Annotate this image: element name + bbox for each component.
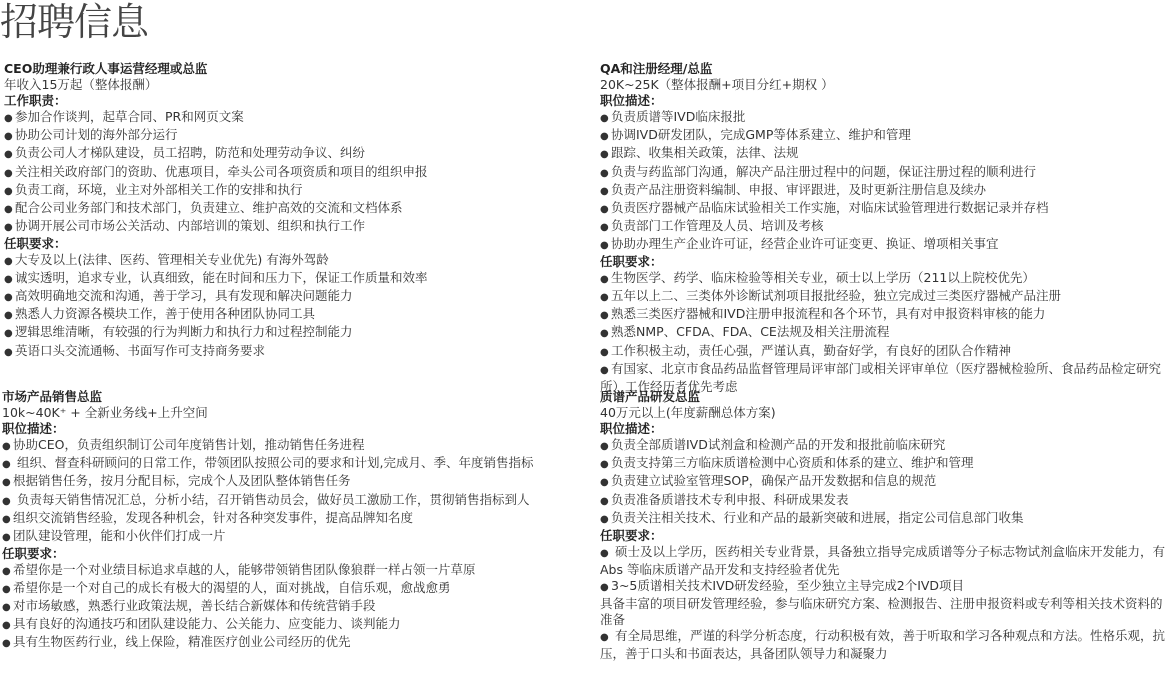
job-title: 市场产品销售总监	[2, 389, 577, 405]
bullet-icon: ●	[4, 220, 15, 236]
list-item: ●负责准备质谱技术专利申报、科研成果发表	[600, 492, 1165, 510]
list-item: ●五年以上二、三类体外诊断试剂项目报批经验，独立完成过三类医疗器械产品注册	[600, 288, 1170, 306]
bullet-icon: ●	[4, 129, 15, 145]
bullet-icon: ●	[600, 326, 611, 342]
bullet-icon: ●	[4, 290, 15, 306]
bullet-icon: ●	[4, 272, 15, 288]
list-item: ●希望你是一个对业绩目标追求卓越的人，能够带领销售团队像狼群一样占领一片草原	[2, 562, 577, 580]
bullet-icon: ●	[2, 512, 13, 528]
bullet-icon: ●	[4, 254, 15, 270]
bullet-icon: ●	[2, 530, 13, 546]
bullet-icon: ●	[600, 111, 611, 127]
list-item: ●协调开展公司市场公关活动、内部培训的策划、组织和执行工作	[4, 218, 584, 236]
bullet-icon: ●	[600, 220, 611, 236]
list-item: ●负责全部质谱IVD试剂盒和检测产品的开发和报批前临床研究	[600, 437, 1165, 455]
job-posting-qa-registration: QA和注册经理/总监 20K~25K（整体报酬+项目分红+期权 ） 职位描述： …	[600, 61, 1170, 395]
list-item: 具备丰富的项目研发管理经验，参与临床研究方案、检测报告、注册申报资料或专利等相关…	[600, 596, 1165, 628]
list-item: ●希望你是一个对自己的成长有极大的渴望的人，面对挑战，自信乐观，愈战愈勇	[2, 580, 577, 598]
bullet-icon: ●	[600, 494, 611, 510]
list-item: ● 负责每天销售情况汇总，分析小结，召开销售动员会，做好员工激励工作，贯彻销售指…	[2, 492, 577, 510]
bullet-icon: ●	[600, 546, 611, 562]
requirements-list: ● 硕士及以上学历，医药相关专业背景，具备独立指导完成质谱等分子标志物试剂盒临床…	[600, 544, 1165, 663]
job-posting-sales-director: 市场产品销售总监 10k~40K⁺ + 全新业务线+上升空间 职位描述： ●协助…	[2, 389, 577, 652]
bullet-icon: ●	[2, 618, 13, 634]
duties-heading: 职位描述：	[600, 421, 1165, 437]
list-item: ●负责产品注册资料编制、申报、审评跟进，及时更新注册信息及续办	[600, 182, 1170, 200]
bullet-icon: ●	[2, 564, 13, 580]
bullet-icon: ●	[2, 457, 13, 473]
bullet-icon: ●	[4, 308, 15, 324]
list-item: ●协调IVD研发团队，完成GMP等体系建立、维护和管理	[600, 127, 1170, 145]
list-item: ●诚实透明，追求专业，认真细致，能在时间和压力下，保证工作质量和效率	[4, 270, 584, 288]
job-posting-ceo-assistant: CEO助理兼行政人事运营经理或总监 年收入15万起（整体报酬） 工作职责： ●参…	[4, 61, 584, 361]
duties-list: ●负责质谱等IVD临床报批 ●协调IVD研发团队，完成GMP等体系建立、维护和管…	[600, 109, 1170, 254]
list-item: ● 组织、督查科研顾问的日常工作，带领团队按照公司的要求和计划,完成月、季、年度…	[2, 455, 577, 473]
list-item: ●关注相关政府部门的资助、优惠项目，牵头公司各项资质和项目的组织申报	[4, 164, 584, 182]
bullet-icon: ●	[4, 326, 15, 342]
job-title: CEO助理兼行政人事运营经理或总监	[4, 61, 584, 77]
bullet-icon: ●	[4, 184, 15, 200]
bullet-icon: ●	[600, 202, 611, 218]
bullet-icon: ●	[600, 272, 611, 288]
bullet-icon: ●	[2, 582, 13, 598]
job-salary: 20K~25K（整体报酬+项目分红+期权 ）	[600, 77, 1170, 93]
list-item: ●参加合作谈判，起草合同、PR和网页文案	[4, 109, 584, 127]
bullet-icon: ●	[2, 439, 13, 455]
bullet-icon: ●	[4, 166, 15, 182]
list-item: ●配合公司业务部门和技术部门，负责建立、维护高效的交流和文档体系	[4, 200, 584, 218]
bullet-icon: ●	[600, 129, 611, 145]
bullet-icon: ●	[600, 457, 611, 473]
bullet-icon: ●	[600, 512, 611, 528]
bullet-icon: ●	[4, 111, 15, 127]
list-item: ●协助CEO，负责组织制订公司年度销售计划，推动销售任务进程	[2, 437, 577, 455]
bullet-icon: ●	[4, 147, 15, 163]
list-item: ●具有生物医药行业，线上保险，精准医疗创业公司经历的优先	[2, 634, 577, 652]
list-item: ●负责工商，环境，业主对外部相关工作的安排和执行	[4, 182, 584, 200]
bullet-icon: ●	[2, 636, 13, 652]
bullet-icon: ●	[600, 184, 611, 200]
list-item: ●熟悉人力资源各模块工作，善于使用各种团队协同工具	[4, 306, 584, 324]
requirements-heading: 任职要求：	[2, 546, 577, 562]
list-item: ●负责与药监部门沟通，解决产品注册过程中的问题，保证注册过程的顺利进行	[600, 164, 1170, 182]
list-item: ●英语口头交流通畅、书面写作可支持商务要求	[4, 343, 584, 361]
requirements-list: ●大专及以上(法律、医药、管理相关专业优先) 有海外驾龄 ●诚实透明，追求专业，…	[4, 252, 584, 361]
list-item: ●团队建设管理，能和小伙伴们打成一片	[2, 528, 577, 546]
list-item: ●负责医疗器械产品临床试验相关工作实施，对临床试验管理进行数据记录并存档	[600, 200, 1170, 218]
list-item: ●具有良好的沟通技巧和团队建设能力、公关能力、应变能力、谈判能力	[2, 616, 577, 634]
bullet-icon: ●	[600, 308, 611, 324]
bullet-icon: ●	[600, 290, 611, 306]
list-item: ●协助办理生产企业许可证，经营企业许可证变更、换证、增项相关事宜	[600, 236, 1170, 254]
job-posting-ms-rd-director: 质谱产品研发总监 40万元以上(年度薪酬总体方案) 职位描述： ●负责全部质谱I…	[600, 389, 1165, 663]
requirements-heading: 任职要求：	[600, 528, 1165, 544]
list-item: ●负责支持第三方临床质谱检测中心资质和体系的建立、维护和管理	[600, 455, 1165, 473]
list-item: ●协助公司计划的海外部分运行	[4, 127, 584, 145]
list-item: ●熟悉NMP、CFDA、FDA、CE法规及相关注册流程	[600, 324, 1170, 342]
bullet-icon: ●	[2, 475, 13, 491]
job-salary: 10k~40K⁺ + 全新业务线+上升空间	[2, 405, 577, 421]
list-item: ●负责公司人才梯队建设，员工招聘，防范和处理劳动争议、纠纷	[4, 145, 584, 163]
bullet-icon: ●	[2, 494, 13, 510]
list-item: ●负责部门工作管理及人员、培训及考核	[600, 218, 1170, 236]
job-salary: 年收入15万起（整体报酬）	[4, 77, 584, 93]
list-item: ●负责建立试验室管理SOP，确保产品开发数据和信息的规范	[600, 473, 1165, 491]
requirements-list: ●生物医学、药学、临床检验等相关专业，硕士以上学历（211以上院校优先） ●五年…	[600, 270, 1170, 395]
bullet-icon: ●	[600, 238, 611, 254]
bullet-icon: ●	[2, 600, 13, 616]
bullet-icon: ●	[600, 345, 611, 361]
duties-list: ●协助CEO，负责组织制订公司年度销售计划，推动销售任务进程 ● 组织、督查科研…	[2, 437, 577, 546]
list-item: ●跟踪、收集相关政策，法律、法规	[600, 145, 1170, 163]
list-item: ●熟悉三类医疗器械和IVD注册申报流程和各个环节，具有对申报资料审核的能力	[600, 306, 1170, 324]
bullet-icon: ●	[4, 202, 15, 218]
list-item: ●工作积极主动，责任心强，严谨认真，勤奋好学，有良好的团队合作精神	[600, 343, 1170, 361]
job-title: 质谱产品研发总监	[600, 389, 1165, 405]
list-item: ● 硕士及以上学历，医药相关专业背景，具备独立指导完成质谱等分子标志物试剂盒临床…	[600, 544, 1165, 578]
bullet-icon: ●	[4, 345, 15, 361]
list-item: ●负责关注相关技术、行业和产品的最新突破和进展，指定公司信息部门收集	[600, 510, 1165, 528]
list-item: ●根据销售任务，按月分配目标，完成个人及团队整体销售任务	[2, 473, 577, 491]
list-item: ●生物医学、药学、临床检验等相关专业，硕士以上学历（211以上院校优先）	[600, 270, 1170, 288]
requirements-heading: 任职要求：	[4, 236, 584, 252]
page-title: 招聘信息	[0, 0, 148, 44]
requirements-heading: 任职要求：	[600, 254, 1170, 270]
list-item: ●逻辑思维清晰，有较强的行为判断力和执行力和过程控制能力	[4, 324, 584, 342]
bullet-icon: ●	[600, 363, 611, 379]
duties-heading: 工作职责：	[4, 93, 584, 109]
job-title: QA和注册经理/总监	[600, 61, 1170, 77]
requirements-list: ●希望你是一个对业绩目标追求卓越的人，能够带领销售团队像狼群一样占领一片草原 ●…	[2, 562, 577, 652]
duties-list: ●参加合作谈判，起草合同、PR和网页文案 ●协助公司计划的海外部分运行 ●负责公…	[4, 109, 584, 236]
duties-heading: 职位描述：	[600, 93, 1170, 109]
list-item: ●大专及以上(法律、医药、管理相关专业优先) 有海外驾龄	[4, 252, 584, 270]
bullet-icon: ●	[600, 630, 611, 646]
list-item: ●3~5质谱相关技术IVD研发经验，至少独立主导完成2个IVD项目	[600, 578, 1165, 596]
bullet-icon: ●	[600, 580, 611, 596]
list-item: ● 有全局思维，严谨的科学分析态度，行动积极有效，善于听取和学习各种观点和方法。…	[600, 628, 1165, 662]
job-salary: 40万元以上(年度薪酬总体方案)	[600, 405, 1165, 421]
bullet-icon: ●	[600, 475, 611, 491]
bullet-icon: ●	[600, 439, 611, 455]
list-item: ●负责质谱等IVD临床报批	[600, 109, 1170, 127]
duties-list: ●负责全部质谱IVD试剂盒和检测产品的开发和报批前临床研究 ●负责支持第三方临床…	[600, 437, 1165, 527]
list-item: ●对市场敏感，熟悉行业政策法规，善长结合新媒体和传统营销手段	[2, 598, 577, 616]
bullet-icon: ●	[600, 147, 611, 163]
list-item: ●高效明确地交流和沟通，善于学习，具有发现和解决问题能力	[4, 288, 584, 306]
bullet-icon: ●	[600, 166, 611, 182]
list-item: ●组织交流销售经验，发现各种机会，针对各种突发事件，提高品牌知名度	[2, 510, 577, 528]
duties-heading: 职位描述：	[2, 421, 577, 437]
